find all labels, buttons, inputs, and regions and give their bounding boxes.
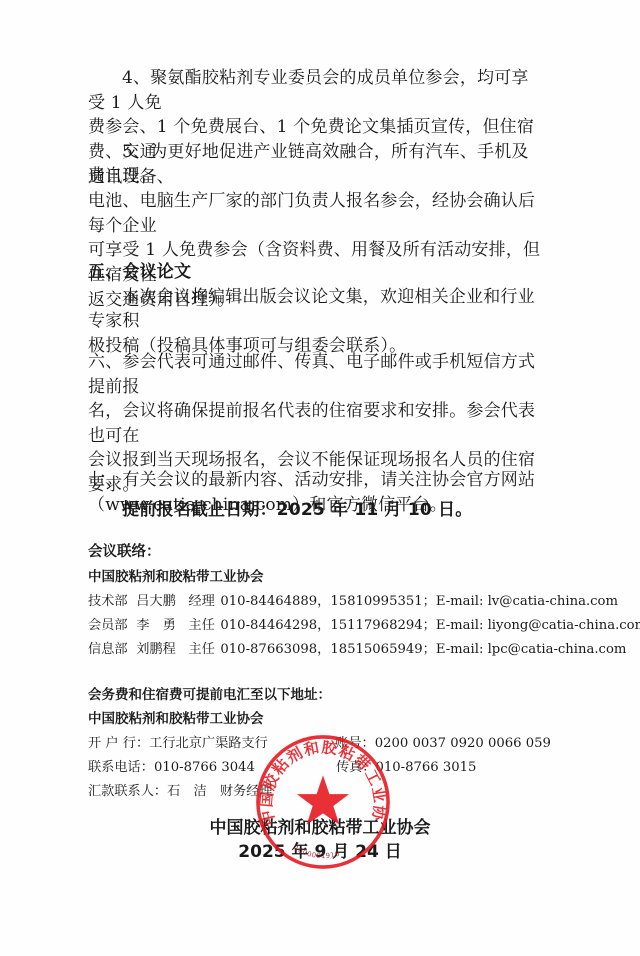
contact-phone: 010-84464889，15810995351； (220, 594, 435, 609)
seal-serial: 1000001916 (292, 844, 340, 860)
bank-label: 开 户 行： (88, 736, 149, 751)
contact-email[interactable]: E-mail: lv@catia-china.com (436, 594, 618, 609)
contact-name: 刘鹏程 (136, 637, 184, 662)
text-line: 本次会议将编辑出版会议论文集，欢迎相关企业和行业专家积 (88, 285, 544, 334)
section-5: 五、会议论文 本次会议将编辑出版会议论文集，欢迎相关企业和行业专家积 极投稿（投… (88, 260, 544, 358)
text-line: 七、有关会议的最新内容、活动安排，请关注协会官方网站 (88, 468, 544, 493)
contact-row: 技术部 吕大鹏 经理010-84464889，15810995351；E-mai… (88, 589, 618, 614)
text-line: 电池、电脑生产厂家的部门负责人报名参会，经协会确认后每个企业 (88, 189, 544, 238)
contact-email[interactable]: E-mail: liyong@catia-china.com (436, 618, 640, 633)
contact-row: 会员部 李 勇 主任010-84464298，15117968294；E-mai… (88, 613, 640, 638)
contact-title: 主任 (188, 637, 220, 662)
text-line: 5、为更好地促进产业链高效融合，所有汽车、手机及通讯设备、 (88, 140, 544, 189)
contact-row: 信息部 刘鹏程 主任010-87663098，18515065949；E-mai… (88, 637, 626, 662)
remittance-heading: 会务费和住宿费可提前电汇至以下地址： (88, 683, 331, 708)
contact-title: 主任 (188, 613, 220, 638)
text-line: 六、参会代表可通过邮件、传真、电子邮件或手机短信方式提前报 (88, 350, 544, 399)
remittance-org: 中国胶粘剂和胶粘带工业协会 (88, 707, 264, 732)
contact-dept: 会员部 (88, 613, 132, 638)
contact-phone: 010-87663098，18515065949； (220, 642, 435, 657)
document-page: 4、聚氨酯胶粘剂专业委员会的成员单位参会，均可享受 1 人免 费参会、1 个免费… (0, 0, 640, 956)
remittance-contact-label: 汇款联系人： (88, 784, 167, 799)
phone-label: 联系电话： (88, 760, 154, 775)
contact-title: 经理 (188, 589, 220, 614)
official-seal-icon: 中国胶粘剂和胶粘带工业协会 1000001916 (254, 733, 392, 871)
text-line: 名，会议将确保提前报名代表的住宿要求和安排。参会代表也可在 (88, 399, 544, 448)
contacts-org: 中国胶粘剂和胶粘带工业协会 (88, 565, 264, 590)
contacts-heading: 会议联络： (88, 540, 161, 565)
text-line: （www.catia-china.com）和官方微信平台。 (88, 493, 544, 518)
contact-name: 吕大鹏 (136, 589, 184, 614)
star-icon (297, 775, 349, 824)
remittance-contact-row: 汇款联系人：石 洁 财务经理 (88, 779, 273, 804)
contact-dept: 信息部 (88, 637, 132, 662)
contact-email[interactable]: E-mail: lpc@catia-china.com (436, 642, 627, 657)
section-7: 七、有关会议的最新内容、活动安排，请关注协会官方网站 （www.catia-ch… (88, 468, 544, 517)
text-line: 4、聚氨酯胶粘剂专业委员会的成员单位参会，均可享受 1 人免 (88, 66, 544, 115)
account-value: 0200 0037 0920 0066 059 (375, 736, 551, 751)
contact-dept: 技术部 (88, 589, 132, 614)
contact-name: 李 勇 (136, 613, 184, 638)
svg-text:1000001916: 1000001916 (292, 844, 340, 860)
section-heading: 五、会议论文 (88, 260, 544, 285)
contact-phone: 010-84464298，15117968294； (220, 618, 435, 633)
